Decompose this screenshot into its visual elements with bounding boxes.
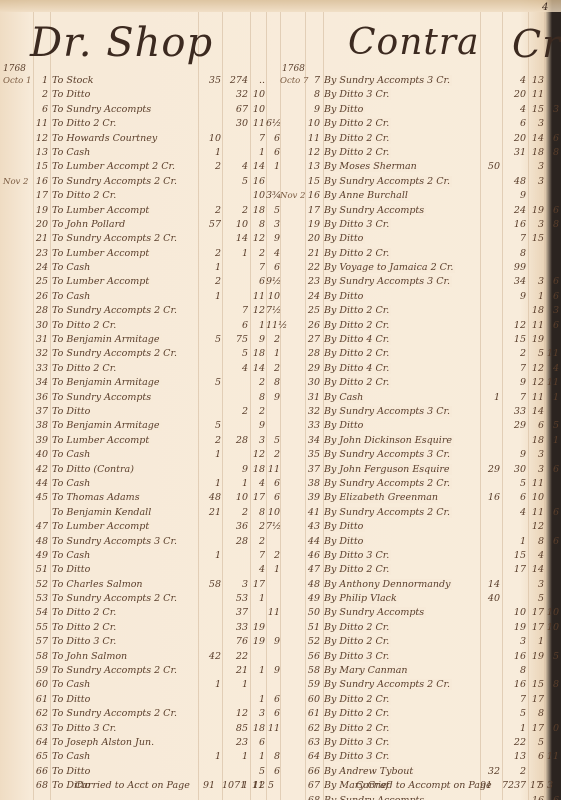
entry-shillings: 8 — [528, 535, 544, 549]
entry-shillings: 1 — [251, 750, 265, 764]
entry-pence: 11 — [545, 376, 559, 390]
entry-pounds: 6 — [222, 319, 248, 333]
debit-total-pounds: 1071 — [222, 780, 246, 791]
entry-pounds: 33 — [502, 405, 526, 419]
entry-pence: 6 — [545, 204, 559, 218]
entry-pence: 10 — [266, 290, 280, 304]
entry-day: 26 — [34, 290, 48, 304]
entry-pounds: 1 — [222, 678, 248, 692]
entry-shillings: 2 — [251, 520, 265, 534]
credit-ledger-row: 8By Ditto 3 Cr.2011 — [280, 88, 561, 102]
entry-pounds: 2 — [222, 204, 248, 218]
entry-pounds: 4 — [222, 160, 248, 174]
entry-desc: By Ditto 2 Cr. — [324, 117, 494, 131]
entry-pence: 2 — [266, 549, 280, 563]
entry-pounds: 9 — [502, 448, 526, 462]
entry-shillings: 10 — [251, 88, 265, 102]
entry-pounds: 36 — [222, 520, 248, 534]
credit-ledger-row: 63By Ditto 3 Cr.225 — [280, 736, 561, 750]
entry-pence: 9 — [266, 664, 280, 678]
entry-day: 20 — [34, 218, 48, 232]
entry-day: 40 — [34, 448, 48, 462]
entry-desc: By Sundry Accompts 2 Cr. — [324, 678, 494, 692]
entry-shillings: 3 — [528, 448, 544, 462]
debit-ledger-row: 59To Sundry Accompts 2 Cr.2119 — [0, 664, 280, 678]
entry-desc-text: By Andrew Tybout — [324, 766, 415, 777]
entry-shillings: 8 — [528, 707, 544, 721]
entry-shillings: 6 — [528, 750, 544, 764]
entry-desc-text: By Sundry Accompts 3 Cr. — [324, 75, 452, 86]
entry-day: 31 — [34, 333, 48, 347]
entry-pounds: 12 — [502, 319, 526, 333]
entry-day: 19 — [34, 204, 48, 218]
entry-desc-text: By Sundry Accompts 3 Cr. — [324, 449, 452, 460]
debit-ledger-row: 33To Ditto 2 Cr.4142 — [0, 362, 280, 376]
entry-desc: To Ditto 2 Cr. — [52, 362, 212, 376]
debit-ledger-row: 32To Sundry Accompts 2 Cr.5181 — [0, 347, 280, 361]
entry-desc-text: By Sundry Accompts 3 Cr. — [324, 276, 452, 287]
entry-desc: By Anne Burchall — [324, 189, 494, 203]
credit-ledger-row: 59By Sundry Accompts 2 Cr.16158 — [280, 678, 561, 692]
debit-ledger-row: 55To Ditto 2 Cr.3319 — [0, 621, 280, 635]
entry-day: 11 — [34, 117, 48, 131]
entry-shillings: 3 — [528, 275, 544, 289]
entry-desc: By Voyage to Jamaica 2 Cr. — [324, 261, 494, 275]
entry-desc-text: By Ditto 3 Cr. — [324, 651, 391, 662]
entry-desc-text: To Cash — [52, 679, 92, 690]
entry-pence: 2 — [266, 333, 280, 347]
entry-desc-text: By Ditto — [324, 104, 365, 115]
entry-day: 25 — [34, 275, 48, 289]
entry-pounds: 5 — [502, 477, 526, 491]
debit-ledger-row: 25To Lumber Accompt269½ — [0, 275, 280, 289]
entry-desc-text: By Anne Burchall — [324, 190, 410, 201]
entry-day: 19 — [306, 218, 320, 232]
entry-pence: 11½ — [266, 319, 280, 333]
credit-ledger-row: 51By Ditto 2 Cr.191710 — [280, 621, 561, 635]
entry-shillings: 11 — [528, 319, 544, 333]
entry-day: 44 — [306, 535, 320, 549]
entry-day: 27 — [306, 333, 320, 347]
credit-ledger-row: 29By Ditto 4 Cr.7124 — [280, 362, 561, 376]
entry-day: 13 — [34, 146, 48, 160]
debit-total: Carried to Acct on Page 91 1071 11 5 — [0, 780, 280, 796]
credit-ledger-row: 32By Sundry Accompts 3 Cr.3314 — [280, 405, 561, 419]
entry-shillings: 4 — [251, 477, 265, 491]
entry-desc-text: By John Dickinson Esquire — [324, 435, 454, 446]
entry-shillings: 12 — [251, 232, 265, 246]
entry-desc: To Stock — [52, 74, 212, 88]
entry-pence: 6½ — [266, 117, 280, 131]
entry-desc-text: To Lumber Accompt — [52, 248, 151, 259]
entry-desc-text: To Sundry Accompts — [52, 392, 153, 403]
entry-desc: To Benjamin Armitage — [52, 333, 212, 347]
entry-folio: 1 — [203, 477, 221, 491]
debit-year: 1768 — [3, 64, 26, 74]
contra-title: Contra — [348, 22, 480, 63]
entry-day: 47 — [306, 563, 320, 577]
entry-desc-text: By Ditto 3 Cr. — [324, 219, 391, 230]
entry-day: 24 — [34, 261, 48, 275]
entry-pounds: 22 — [222, 650, 248, 664]
entry-desc: By Ditto 2 Cr. — [324, 621, 494, 635]
entry-shillings: 5 — [528, 347, 544, 361]
entry-day: 25 — [306, 304, 320, 318]
entry-pounds: 1 — [222, 477, 248, 491]
entry-shillings: 10 — [251, 189, 265, 203]
entry-desc-text: To Sundry Accompts 2 Cr. — [52, 348, 179, 359]
entry-pounds: 9 — [222, 463, 248, 477]
debit-ledger-row: 65To Cash1118 — [0, 750, 280, 764]
entry-desc-text: By Cash — [324, 392, 365, 403]
entry-pounds: 76 — [222, 635, 248, 649]
debit-ledger-row: 12To Howards Courtney1076 — [0, 132, 280, 146]
credit-ledger-row: 52By Ditto 2 Cr.31 — [280, 635, 561, 649]
torn-top-edge — [0, 0, 561, 12]
entry-desc: To Sundry Accompts 2 Cr. — [52, 592, 212, 606]
entry-day: 33 — [34, 362, 48, 376]
entry-desc-text: To Cash — [52, 262, 92, 273]
credit-ledger-row: 25By Ditto 2 Cr.183 — [280, 304, 561, 318]
entry-day: 12 — [34, 132, 48, 146]
credit-ledger-row: 62By Ditto 2 Cr.1170 — [280, 722, 561, 736]
entry-pounds: 7 — [502, 362, 526, 376]
entry-shillings: 1 — [251, 693, 265, 707]
entry-desc: To John Pollard — [52, 218, 212, 232]
entry-desc-text: To Ditto — [52, 406, 92, 417]
entry-shillings: 1 — [251, 592, 265, 606]
entry-pounds: 10 — [222, 491, 248, 505]
entry-day: 20 — [306, 232, 320, 246]
credit-ledger-row: 64By Ditto 3 Cr.13611 — [280, 750, 561, 764]
entry-shillings: 3 — [528, 117, 544, 131]
entry-desc-text: To Ditto — [52, 766, 92, 777]
debit-ledger-row: 20To John Pollard571083 — [0, 218, 280, 232]
entry-desc: To Ditto 2 Cr. — [52, 117, 212, 131]
entry-desc: To Thomas Adams — [52, 491, 212, 505]
entry-desc-text: By Ditto — [324, 420, 365, 431]
entry-pence: 6 — [266, 477, 280, 491]
entry-day: 49 — [34, 549, 48, 563]
credit-total-label: Carried to Accompt on Page — [356, 780, 492, 791]
entry-desc-text: To Thomas Adams — [52, 492, 142, 503]
entry-pence: 2 — [266, 362, 280, 376]
entry-desc-text: To John Pollard — [52, 219, 127, 230]
entry-folio: 29 — [480, 463, 500, 477]
entry-desc: By Andrew Tybout — [324, 765, 494, 779]
entry-day: 62 — [34, 707, 48, 721]
entry-desc: By Ditto 2 Cr. — [324, 563, 494, 577]
entry-shillings: 12 — [528, 376, 544, 390]
entry-day: 63 — [306, 736, 320, 750]
entry-desc: To Lumber Accompt 2 Cr. — [52, 160, 212, 174]
entry-day: 15 — [34, 160, 48, 174]
entry-folio: 1 — [203, 549, 221, 563]
entry-pence: 3 — [266, 218, 280, 232]
entry-pence: 6 — [545, 319, 559, 333]
entry-day: 48 — [306, 578, 320, 592]
entry-pounds: 10 — [222, 218, 248, 232]
entry-day: 65 — [34, 750, 48, 764]
entry-desc-text: By Ditto 4 Cr. — [324, 363, 391, 374]
entry-folio: 58 — [203, 578, 221, 592]
credit-ledger-row: 37By John Ferguson Esquire293036 — [280, 463, 561, 477]
debit-ledger-row: 40To Cash1122 — [0, 448, 280, 462]
entry-pence: 5 — [266, 434, 280, 448]
entry-desc: By Sundry Accompts 2 Cr. — [324, 477, 494, 491]
credit-ledger-row: 17By Sundry Accompts24196 — [280, 204, 561, 218]
entry-pence: 5 — [545, 650, 559, 664]
entry-pence: 11 — [266, 722, 280, 736]
entry-pounds: 6 — [502, 491, 526, 505]
entry-day: 39 — [306, 491, 320, 505]
entry-day: 64 — [34, 736, 48, 750]
entry-pence: 0 — [545, 722, 559, 736]
entry-pence: 8 — [545, 218, 559, 232]
entry-pounds: 67 — [222, 103, 248, 117]
entry-shillings: 14 — [251, 160, 265, 174]
credit-ledger-row: 35By Sundry Accompts 3 Cr.93 — [280, 448, 561, 462]
entry-shillings: 2 — [251, 535, 265, 549]
entry-desc: To Sundry Accompts 2 Cr. — [52, 175, 212, 189]
entry-day: 17 — [34, 189, 48, 203]
entry-folio: 2 — [203, 275, 221, 289]
credit-ledger-row: 21By Ditto 2 Cr.8 — [280, 247, 561, 261]
entry-desc: To Joseph Alston Jun. — [52, 736, 212, 750]
entry-desc: To Charles Salmon — [52, 578, 212, 592]
entry-day: 59 — [306, 678, 320, 692]
entry-shillings: 18 — [528, 304, 544, 318]
entry-desc: By Sundry Accompts — [324, 204, 494, 218]
credit-column: Octo 77By Sundry Accompts 3 Cr.4138By Di… — [280, 74, 561, 800]
entry-day: 36 — [34, 391, 48, 405]
entry-folio: 32 — [480, 765, 500, 779]
entry-pounds: 3 — [502, 635, 526, 649]
entry-desc-text: By Ditto 2 Cr. — [324, 248, 391, 259]
entry-day: 49 — [306, 592, 320, 606]
entry-folio: 5 — [203, 376, 221, 390]
entry-month: Octo 1 — [3, 74, 33, 88]
entry-desc-text: By Ditto 2 Cr. — [324, 708, 391, 719]
entry-folio: 1 — [203, 261, 221, 275]
entry-desc: To Ditto — [52, 405, 212, 419]
entry-desc: To Sundry Accompts 3 Cr. — [52, 535, 212, 549]
entry-desc: To Sundry Accompts 2 Cr. — [52, 304, 212, 318]
entry-folio: 2 — [203, 247, 221, 261]
entry-pence: 3¾ — [266, 189, 280, 203]
entry-shillings: 1 — [251, 319, 265, 333]
entry-desc: To Sundry Accompts 2 Cr. — [52, 232, 212, 246]
entry-day: 9 — [306, 103, 320, 117]
entry-shillings: 19 — [528, 650, 544, 664]
entry-desc: By Ditto — [324, 520, 494, 534]
entry-pounds: 19 — [502, 621, 526, 635]
entry-pounds: 7 — [502, 391, 526, 405]
entry-pounds: 8 — [502, 247, 526, 261]
entry-shillings: 3 — [528, 578, 544, 592]
entry-desc-text: By Ditto 2 Cr. — [324, 133, 391, 144]
entry-pence: 4 — [266, 247, 280, 261]
entry-shillings: 1 — [528, 635, 544, 649]
entry-shillings: 3 — [528, 463, 544, 477]
entry-shillings: 15 — [528, 232, 544, 246]
entry-folio: 1 — [203, 146, 221, 160]
entry-desc-text: By Ditto 2 Cr. — [324, 320, 391, 331]
entry-day: 58 — [34, 650, 48, 664]
entry-pence: 6 — [545, 535, 559, 549]
entry-desc-text: To Sundry Accompts 2 Cr. — [52, 233, 179, 244]
entry-pounds: 10 — [502, 606, 526, 620]
entry-day: 48 — [34, 535, 48, 549]
entry-pence: 1 — [266, 563, 280, 577]
entry-folio: 1 — [203, 750, 221, 764]
debit-ledger-row: 52To Charles Salmon58317 — [0, 578, 280, 592]
entry-desc-text: By Sundry Accompts 2 Cr. — [324, 507, 452, 518]
entry-pounds: 32 — [222, 88, 248, 102]
credit-ledger-row: 43By Ditto12 — [280, 520, 561, 534]
debit-total-shillings: 11 — [252, 780, 264, 791]
entry-day: 39 — [34, 434, 48, 448]
entry-desc: By Ditto 2 Cr. — [324, 146, 494, 160]
entry-pence: 5 — [545, 419, 559, 433]
entry-desc: By Sundry Accompts — [324, 606, 494, 620]
entry-shillings: 15 — [528, 678, 544, 692]
entry-desc-text: By Ditto 2 Cr. — [324, 348, 391, 359]
entry-desc: By Ditto 3 Cr. — [324, 88, 494, 102]
entry-desc-text: By Ditto 2 Cr. — [324, 147, 391, 158]
entry-pence: 6 — [266, 765, 280, 779]
credit-ledger-row: 24By Ditto916 — [280, 290, 561, 304]
entry-pence: 3 — [545, 304, 559, 318]
entry-pence: 10 — [545, 621, 559, 635]
credit-ledger-row: 26By Ditto 2 Cr.12116 — [280, 319, 561, 333]
entry-pence: 1 — [545, 391, 559, 405]
entry-pounds: 7 — [502, 693, 526, 707]
entry-desc: To Cash — [52, 678, 212, 692]
entry-pounds: 2 — [222, 506, 248, 520]
entry-desc-text: By Anthony Dennormandy — [324, 579, 452, 590]
entry-day: 28 — [34, 304, 48, 318]
entry-shillings: 2 — [251, 405, 265, 419]
debit-ledger-row: 2To Ditto3210 — [0, 88, 280, 102]
entry-desc-text: To Ditto (Contra) — [52, 464, 136, 475]
entry-desc: To Ditto 3 Cr. — [52, 722, 212, 736]
entry-folio: 21 — [203, 506, 221, 520]
entry-pounds: 7 — [222, 304, 248, 318]
entry-shillings: 18 — [528, 146, 544, 160]
entry-desc: By Sundry Accompts 3 Cr. — [324, 74, 494, 88]
entry-desc-text: To Ditto 2 Cr. — [52, 363, 118, 374]
entry-pounds: 7 — [502, 232, 526, 246]
entry-day: 47 — [34, 520, 48, 534]
debit-ledger-row: 38To Benjamin Armitage59 — [0, 419, 280, 433]
entry-folio: 16 — [480, 491, 500, 505]
entry-day: 64 — [306, 750, 320, 764]
entry-desc: To Lumber Accompt — [52, 520, 212, 534]
entry-shillings: 8 — [251, 391, 265, 405]
entry-pence: 4 — [545, 362, 559, 376]
entry-desc-text: To Ditto 3 Cr. — [52, 723, 118, 734]
credit-ledger-row: Nov 216By Anne Burchall9 — [280, 189, 561, 203]
entry-shillings: 11 — [251, 117, 265, 131]
entry-day: 11 — [306, 132, 320, 146]
entry-desc-text: To Sundry Accompts 2 Cr. — [52, 593, 179, 604]
entry-pounds: 85 — [222, 722, 248, 736]
entry-folio: 2 — [203, 160, 221, 174]
entry-desc: By Mary Canman — [324, 664, 494, 678]
entry-desc: To Benjamin Armitage — [52, 376, 212, 390]
entry-shillings: 3 — [528, 175, 544, 189]
entry-pence: 5 — [266, 204, 280, 218]
entry-pounds: 5 — [502, 707, 526, 721]
entry-pence: 6 — [545, 132, 559, 146]
entry-desc: To Sundry Accompts 2 Cr. — [52, 347, 212, 361]
entry-folio: 5 — [203, 333, 221, 347]
entry-desc-text: To Ditto — [52, 694, 92, 705]
entry-shillings: 9 — [251, 419, 265, 433]
entry-shillings: 8 — [251, 218, 265, 232]
credit-ledger-row: 50By Sundry Accompts101710 — [280, 606, 561, 620]
entry-desc-text: To Benjamin Kendall — [52, 507, 153, 518]
entry-pence: 10 — [266, 506, 280, 520]
entry-folio: 1 — [480, 391, 500, 405]
entry-day: 63 — [34, 722, 48, 736]
entry-desc-text: To Ditto 3 Cr. — [52, 636, 118, 647]
entry-desc: By Ditto — [324, 290, 494, 304]
entry-desc: By Ditto 3 Cr. — [324, 750, 494, 764]
entry-pounds: 6 — [502, 117, 526, 131]
entry-desc: By Ditto 3 Cr. — [324, 736, 494, 750]
entry-desc-text: By Ditto 2 Cr. — [324, 694, 391, 705]
entry-pounds: 53 — [222, 592, 248, 606]
entry-day: 55 — [34, 621, 48, 635]
entry-shillings: 16 — [251, 175, 265, 189]
credit-ledger-row: 38By Sundry Accompts 2 Cr.511 — [280, 477, 561, 491]
entry-desc-text: To Benjamin Armitage — [52, 377, 162, 388]
entry-pounds: 34 — [502, 275, 526, 289]
entry-pounds: 99 — [502, 261, 526, 275]
entry-day: 34 — [34, 376, 48, 390]
credit-ledger-row: 46By Ditto 3 Cr.154 — [280, 549, 561, 563]
entry-shillings: 7 — [251, 261, 265, 275]
entry-desc-text: To Cash — [52, 751, 92, 762]
debit-ledger-row: 42To Ditto (Contra)91811 — [0, 463, 280, 477]
entry-desc: To Ditto — [52, 563, 212, 577]
entry-pence: 9 — [266, 232, 280, 246]
entry-shillings: 19 — [251, 635, 265, 649]
entry-desc-text: By Sundry Accompts 2 Cr. — [324, 679, 452, 690]
entry-pence: 9 — [266, 391, 280, 405]
entry-pence: 6 — [266, 132, 280, 146]
entry-desc: By John Dickinson Esquire — [324, 434, 494, 448]
entry-pounds: 13 — [502, 750, 526, 764]
entry-desc-text: By Ditto 2 Cr. — [324, 377, 391, 388]
entry-shillings: 7 — [251, 549, 265, 563]
entry-shillings: 12 — [528, 362, 544, 376]
entry-pence: 11 — [545, 347, 559, 361]
entry-desc: By Ditto — [324, 103, 494, 117]
entry-day: 60 — [306, 693, 320, 707]
entry-pounds: 28 — [222, 434, 248, 448]
entry-folio: 1 — [203, 678, 221, 692]
entry-day: 60 — [34, 678, 48, 692]
entry-pounds: 30 — [502, 463, 526, 477]
entry-shillings: 11 — [528, 477, 544, 491]
entry-desc: To Cash — [52, 549, 212, 563]
entry-pounds: 3 — [222, 578, 248, 592]
debit-total-label: Carried to Acct on Page — [75, 780, 190, 791]
entry-day: 66 — [34, 765, 48, 779]
